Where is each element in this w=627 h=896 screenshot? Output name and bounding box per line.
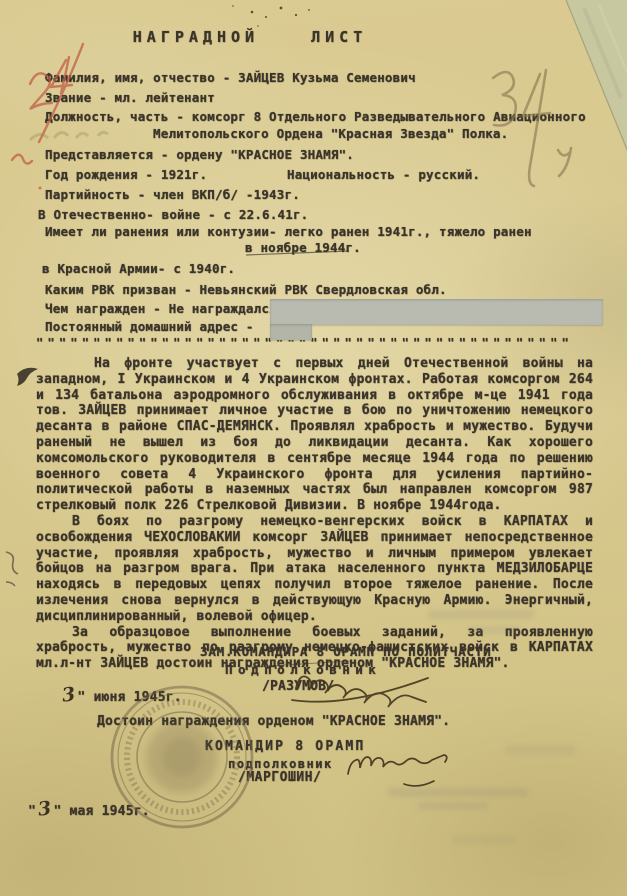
commander-date-typed: " мая 1945г. [53, 804, 149, 819]
commander-rank: подполковник [228, 757, 333, 771]
field-drafted-by: Каким РВК призван - Невьянский РВК Сверд… [45, 282, 447, 297]
endorser-post-title: ЗАМ.КОМАНДИРА 8 ОРАМП ПО ПОЛИТЧАСТИ [200, 644, 491, 659]
field-rank: Звание - мл. лейтенант [45, 90, 215, 105]
commander-date-open-quote: " [28, 804, 36, 819]
field-position-line2: Мелитопольского Ордена "Красная Звезда" … [153, 126, 508, 141]
handwritten-day-2: 3 [37, 803, 52, 815]
field-in-army-since: в Красной Армии- с 1940г. [42, 261, 235, 276]
field-home-address: Постоянный домашний адрес - [45, 319, 254, 334]
endorsement-date: 3" июня 1945г. [60, 690, 182, 705]
document-title: НАГРАДНОЙ ЛИСТ [0, 28, 500, 46]
margoshin-signature [348, 755, 447, 786]
commander-post-title: КОМАНДИР 8 ОРАМП [205, 739, 365, 754]
commander-date: "3" мая 1945г. [28, 804, 150, 819]
endorser-name: /РАЗУМОВ/ [262, 679, 334, 694]
citation-paragraph-2: В боях по разгрому немецко-венгерских во… [36, 514, 593, 625]
margin-arrow-mark [17, 368, 38, 386]
commander-name: /МАРГОШИН/ [238, 770, 321, 785]
field-position-line1: Должность, часть - комсорг 8 Отдельного … [45, 109, 586, 124]
citation-paragraph-1: На фронте участвует с первых дней Отечес… [36, 356, 593, 514]
commander-resolution: Достоин награждения орденом "КРАСНОЕ ЗНА… [97, 714, 450, 729]
ink-specks [232, 5, 310, 27]
field-party: Партийность - член ВКП/б/ -1943г. [45, 187, 300, 202]
endorser-rank: Подполковник [225, 662, 381, 677]
award-sheet-scan: НАГРАДНОЙ ЛИСТ Фамилия, имя, отчество - … [0, 0, 627, 896]
endorsement-date-typed: " июня 1945г. [77, 690, 181, 705]
field-in-war-since: В Отечественно- войне - с 22.6.41г. [38, 207, 308, 222]
field-wounds-line1: Имеет ли ранения или контузии- легко ран… [45, 224, 532, 239]
field-presented-for: Представляется - ордену "КРАСНОЕ ЗНАМЯ". [45, 147, 354, 162]
redaction-box-step [270, 324, 312, 340]
field-full-name: Фамилия, имя, отчество - ЗАЙЦЕВ Кузьма С… [45, 70, 416, 85]
field-wounds-line2: в ноябре 1944г. [245, 240, 361, 255]
field-nationality: Национальность - русский. [287, 167, 480, 182]
margin-squiggle-mark [6, 552, 18, 586]
faded-pencil-smudge [30, 132, 108, 140]
handwritten-day-1: 3 [61, 689, 76, 701]
field-prior-awards: Чем награжден - Не награждался [45, 301, 277, 316]
page-corner-crease [566, 0, 627, 158]
citation-text: На фронте участвует с первых дней Отечес… [36, 356, 593, 672]
redaction-box [270, 299, 603, 325]
field-birth-year: Год рождения - 1921г. [45, 167, 207, 182]
